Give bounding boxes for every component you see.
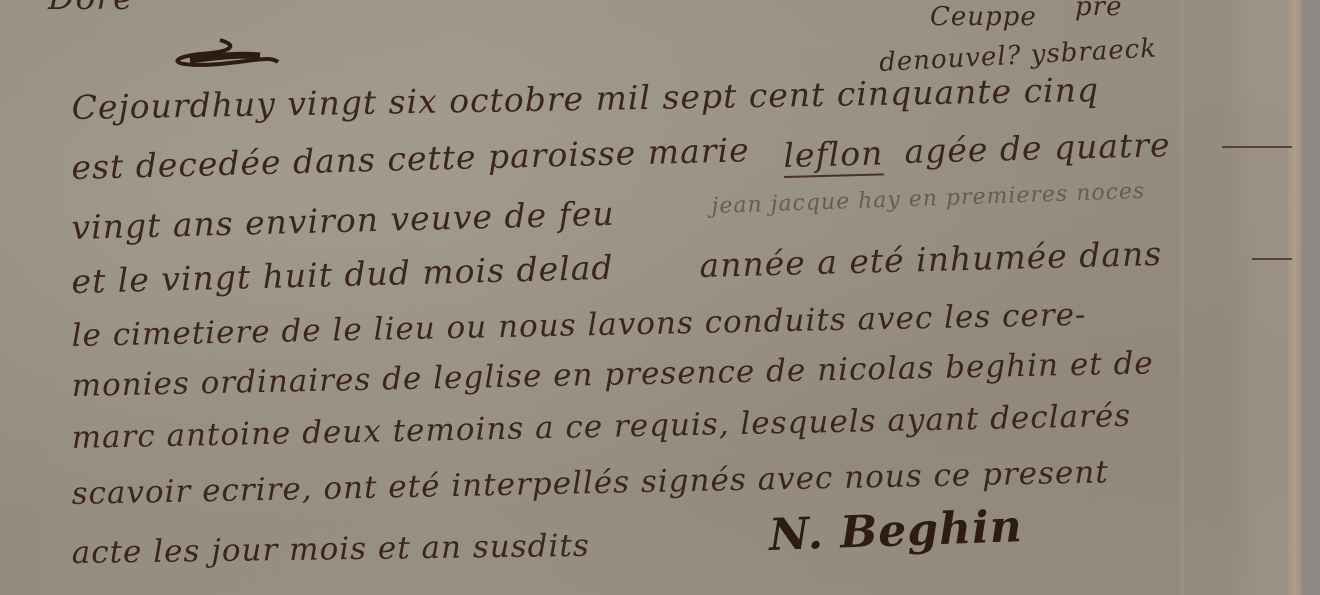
header-ceuppe: Ceuppe: [930, 2, 1037, 32]
text-line-2: est decedée dans cette paroisse marie: [71, 130, 750, 187]
text-line-9: acte les jour mois et an susdits: [71, 528, 589, 571]
priest-signature: N. Beghin: [768, 501, 1023, 561]
text-line-1: Cejourdhuy vingt six octobre mil sept ce…: [71, 70, 1099, 127]
text-line-4: et le vingt huit dud mois delad: [71, 248, 614, 301]
deceased-surname: leflon: [783, 133, 884, 178]
line-filler-dash: [1252, 258, 1292, 260]
line-filler-dash: [1222, 146, 1292, 148]
background-sheet: [1302, 0, 1320, 595]
text-line-2-end: agée de quatre: [904, 125, 1171, 171]
scanned-register-page: Doré Ceuppe pre denouvel? ysbraeck Cejou…: [0, 0, 1320, 595]
top-left-fragment: Doré: [48, 0, 134, 17]
text-line-4-end: année a eté inhumée dans: [699, 234, 1163, 285]
text-line-3: vingt ans environ veuve de feu: [71, 194, 615, 247]
text-line-6: monies ordinaires de leglise en presence…: [71, 345, 1154, 404]
paper-edge: [1288, 0, 1302, 595]
header-fragment: pre: [1075, 0, 1122, 22]
paper-fold-shadow: [1180, 0, 1184, 595]
text-line-5: le cimetiere de le lieu ou nous lavons c…: [71, 297, 1087, 354]
text-line-7: marc antoine deux temoins a ce requis, l…: [71, 398, 1131, 456]
paraph-flourish-icon: [160, 38, 280, 68]
text-line-3-faint: jean jacque hay en premieres noces: [711, 179, 1146, 219]
